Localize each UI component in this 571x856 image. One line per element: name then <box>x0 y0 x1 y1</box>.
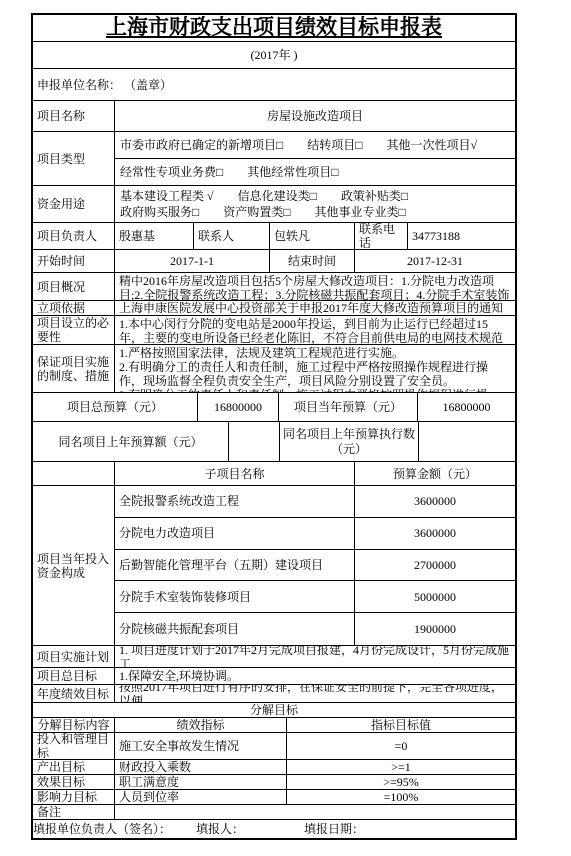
subproject-name: 后勤智能化管理平台（五期）建设项目 <box>115 550 355 581</box>
signature-row: 填报单位负责人（签名）： 填报人： 填报日期： <box>33 820 515 838</box>
subproject-amount: 3600000 <box>355 518 515 549</box>
implementation-plan-text: 1. 项目进度计划于2017年2月完成项目报建，4月份完成设计，5月份完成施工 <box>115 646 515 667</box>
project-overview-label: 项目概况 <box>33 273 115 300</box>
indicator-name: 人员到位率 <box>115 790 287 804</box>
overall-goal-row: 项目总目标 1.保障安全,环境协调。 <box>33 668 515 685</box>
indicator-name: 职工满意度 <box>115 775 287 789</box>
indicator-row-effect: 效果目标 职工满意度 >=95% <box>33 775 515 790</box>
project-overview-text: 精中2016年房屋改造项目包括5个房屋大修改造项目：1.分院电力改造项目;2.全… <box>115 273 515 300</box>
lastyear-execution-value <box>419 422 515 461</box>
current-year-budget-label: 项目当年预算（元） <box>279 393 418 421</box>
implementation-plan-label: 项目实施计划 <box>33 646 115 667</box>
decompose-header-row: 分解目标内容 绩效指标 指标目标值 <box>33 718 515 733</box>
project-dates-row: 开始时间 2017-1-1 结束时间 2017-12-31 <box>33 250 515 273</box>
necessity-text: 1.本中心闵行分院的变电站是2000年投运，到目前为止运行已经超过15年，主要的… <box>115 316 515 344</box>
subproject-row: 全院报警系统改造工程 3600000 <box>115 486 515 518</box>
subproject-section: 项目当年投入资金构成 全院报警系统改造工程 3600000 分院电力改造项目 3… <box>33 486 515 646</box>
measures-row: 保证项目实施的制度、措施 1.严格按照国家法律，法规及建筑工程规范进行实施。 2… <box>33 345 515 393</box>
contact-phone-label: 联系电话 <box>355 223 408 249</box>
date-label: 填报日期： <box>304 820 364 838</box>
subproject-row: 分院手术室装饰装修项目 5000000 <box>115 581 515 613</box>
form-title: 上海市财政支出项目绩效目标申报表 <box>33 15 515 41</box>
indicator-row-input: 投入和管理目标 施工安全事故发生情况 =0 <box>33 733 515 760</box>
fund-composition-label: 项目当年投入资金构成 <box>33 486 115 645</box>
decompose-col-indicator: 绩效指标 <box>115 718 287 732</box>
funding-usage-line-1: 基本建设工程类 √ 信息化建设类□ 政策补贴类□ <box>120 188 510 204</box>
project-manager-value: 殷惠基 <box>115 223 194 249</box>
subproject-row: 后勤智能化管理平台（五期）建设项目 2700000 <box>115 550 515 582</box>
indicator-target: >=1 <box>287 760 515 774</box>
total-budget-label: 项目总预算（元） <box>33 393 198 421</box>
indicator-row-impact: 影响力目标 人员到位率 =100% <box>33 790 515 805</box>
approval-basis-text: 上海申康医院发展中心投资部关于申报2017年度大修改造预算项目的通知 <box>115 301 515 315</box>
form-year: (2017年 ) <box>33 42 515 68</box>
declaration-form: 上海市财政支出项目绩效目标申报表 (2017年 ) 申报单位名称： （盖章） 项… <box>31 13 517 840</box>
subproject-name: 分院手术室装饰装修项目 <box>115 581 355 612</box>
lastyear-budget-label: 同名项目上年预算额（元） <box>33 422 229 461</box>
contact-person-label: 联系人 <box>194 223 270 249</box>
subproject-row: 分院电力改造项目 3600000 <box>115 518 515 550</box>
project-name-value: 房屋设施改造项目 <box>115 101 515 131</box>
project-type-row: 项目类型 市委市政府已确定的新增项目□ 结转项目□ 其他一次性项目√ 经常性专项… <box>33 132 515 186</box>
lastyear-execution-label: 同名项目上年预算执行数（元） <box>280 422 419 461</box>
indicator-category: 效果目标 <box>33 775 115 789</box>
subproject-name: 分院电力改造项目 <box>115 518 355 549</box>
project-manager-label: 项目负责人 <box>33 223 115 249</box>
project-name-label: 项目名称 <box>33 101 115 131</box>
project-overview-row: 项目概况 精中2016年房屋改造项目包括5个房屋大修改造项目：1.分院电力改造项… <box>33 273 515 301</box>
funding-usage-line-2: 政府购买服务□ 资产购置类□ 其他事业专业类□ <box>120 204 510 220</box>
subproject-name: 分院核磁共振配套项目 <box>115 613 355 645</box>
subproject-name-header: 子项目名称 <box>115 462 355 485</box>
indicator-target: >=95% <box>287 775 515 789</box>
implementation-plan-row: 项目实施计划 1. 项目进度计划于2017年2月完成项目报建，4月份完成设计，5… <box>33 646 515 668</box>
start-date-value: 2017-1-1 <box>115 250 270 272</box>
subproject-amount: 2700000 <box>355 550 515 581</box>
decompose-col-content: 分解目标内容 <box>33 718 115 732</box>
budget-row: 项目总预算（元） 16800000 项目当年预算（元） 16800000 <box>33 393 515 422</box>
annual-target-text: 按照2017年项目进行有序的安排，在保证安全的前提下，完全各项进度，以便 <box>115 685 515 702</box>
indicator-name: 财政投入乘数 <box>115 760 287 774</box>
subproject-amount: 3600000 <box>355 486 515 517</box>
page: 上海市财政支出项目绩效目标申报表 (2017年 ) 申报单位名称： （盖章） 项… <box>0 0 571 856</box>
project-type-options-line-1: 市委市政府已确定的新增项目□ 结转项目□ 其他一次性项目√ <box>115 132 515 159</box>
indicator-category: 影响力目标 <box>33 790 115 804</box>
indicator-target: =100% <box>287 790 515 804</box>
subproject-header-row: 子项目名称 预算金额（元） <box>33 462 515 486</box>
approval-basis-label: 立项依据 <box>33 301 115 315</box>
contact-phone-value: 34773188 <box>408 223 515 249</box>
project-type-options-line-2: 经常性专项业务费□ 其他经常性项目□ <box>115 159 515 185</box>
overall-goal-label: 项目总目标 <box>33 668 115 684</box>
contact-person-value: 包轶凡 <box>270 223 355 249</box>
filler-label: 填报人： <box>196 820 244 838</box>
necessity-row: 项目设立的必要性 1.本中心闵行分院的变电站是2000年投运，到目前为止运行已经… <box>33 316 515 345</box>
year-row: (2017年 ) <box>33 42 515 69</box>
measures-label: 保证项目实施的制度、措施 <box>33 345 115 392</box>
lastyear-budget-value <box>229 422 280 461</box>
signer-label: 填报单位负责人（签名）： <box>33 820 171 838</box>
approval-basis-row: 立项依据 上海申康医院发展中心投资部关于申报2017年度大修改造预算项目的通知 <box>33 301 515 316</box>
remark-value <box>115 805 515 819</box>
subproject-name: 全院报警系统改造工程 <box>115 486 355 517</box>
lastyear-budget-row: 同名项目上年预算额（元） 同名项目上年预算执行数（元） <box>33 422 515 462</box>
decompose-title-row: 分解目标 <box>33 703 515 718</box>
indicator-name: 施工安全事故发生情况 <box>115 733 287 759</box>
decompose-col-target: 指标目标值 <box>287 718 515 732</box>
indicator-target: =0 <box>287 733 515 759</box>
funding-usage-label: 资金用途 <box>33 186 115 222</box>
subproject-row: 分院核磁共振配套项目 1900000 <box>115 613 515 645</box>
annual-target-label: 年度绩效目标 <box>33 685 115 702</box>
subproject-amount-header: 预算金额（元） <box>355 462 515 485</box>
remark-label: 备注 <box>33 805 115 819</box>
subproject-header-spacer <box>33 462 115 485</box>
decompose-section-title: 分解目标 <box>33 703 515 717</box>
overall-goal-text: 1.保障安全,环境协调。 <box>115 668 515 684</box>
funding-usage-row: 资金用途 基本建设工程类 √ 信息化建设类□ 政策补贴类□ 政府购买服务□ 资产… <box>33 186 515 223</box>
current-year-budget-value: 16800000 <box>418 393 515 421</box>
project-manager-row: 项目负责人 殷惠基 联系人 包轶凡 联系电话 34773188 <box>33 223 515 250</box>
remark-row: 备注 <box>33 805 515 820</box>
declaring-unit-line: 申报单位名称： （盖章） <box>33 69 515 100</box>
subproject-amount: 1900000 <box>355 613 515 645</box>
start-date-label: 开始时间 <box>33 250 115 272</box>
annual-target-row: 年度绩效目标 按照2017年项目进行有序的安排，在保证安全的前提下，完全各项进度… <box>33 685 515 703</box>
project-type-label: 项目类型 <box>33 132 115 185</box>
indicator-category: 产出目标 <box>33 760 115 774</box>
end-date-value: 2017-12-31 <box>355 250 515 272</box>
unit-row: 申报单位名称： （盖章） <box>33 69 515 101</box>
total-budget-value: 16800000 <box>198 393 279 421</box>
title-row: 上海市财政支出项目绩效目标申报表 <box>33 15 515 42</box>
necessity-label: 项目设立的必要性 <box>33 316 115 344</box>
measures-text: 1.严格按照国家法律，法规及建筑工程规范进行实施。 2.有明确分工的责任人和责任… <box>115 345 515 392</box>
subproject-amount: 5000000 <box>355 581 515 612</box>
indicator-category: 投入和管理目标 <box>33 733 115 759</box>
project-name-row: 项目名称 房屋设施改造项目 <box>33 101 515 132</box>
end-date-label: 结束时间 <box>270 250 355 272</box>
indicator-row-output: 产出目标 财政投入乘数 >=1 <box>33 760 515 775</box>
